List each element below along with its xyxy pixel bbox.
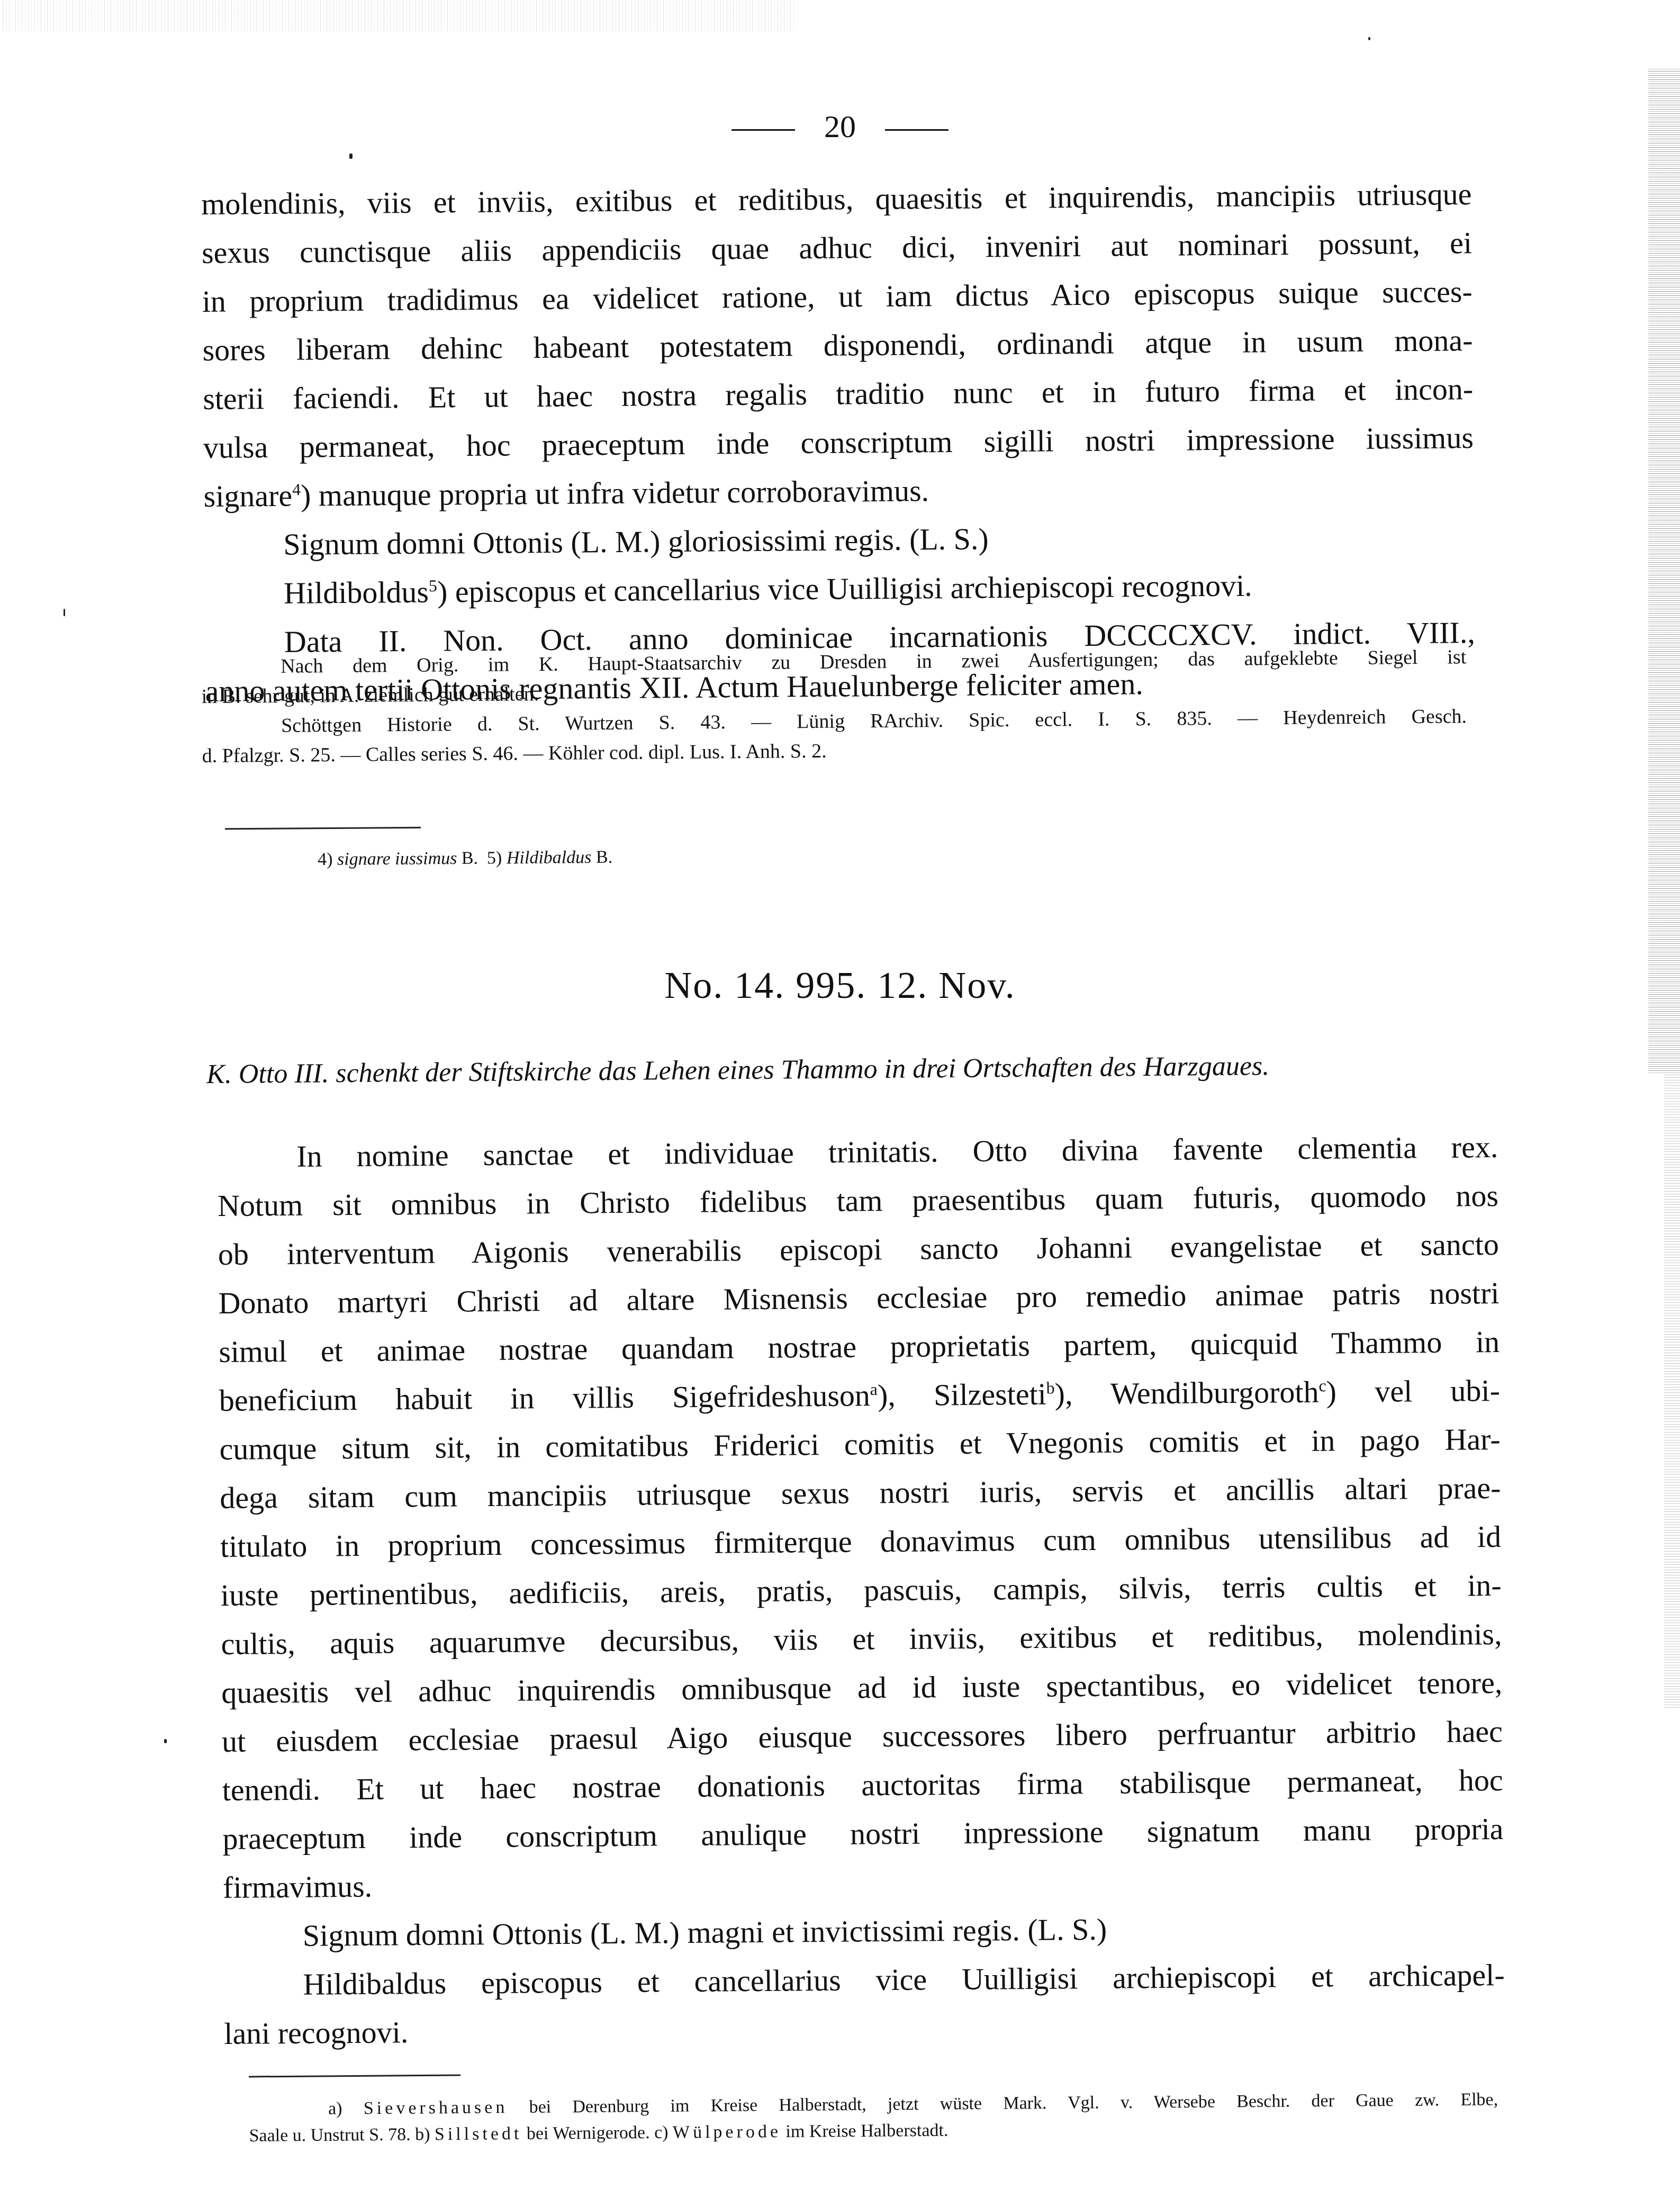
place-name: Sillstedt: [435, 2124, 522, 2144]
text-span: ) manuque propria ut infra videtur corro…: [301, 473, 929, 512]
footnote-separator: [225, 827, 421, 830]
footnote-ref: a: [870, 1380, 878, 1399]
footnote-suffix: B.: [596, 848, 612, 867]
scan-speck: [64, 609, 65, 616]
recognition-line: lani recognovi.: [224, 1999, 1505, 2058]
footnote-mark: 4): [318, 850, 333, 869]
page-number-dash-right: [885, 129, 949, 131]
scan-noise-right-edge-lower: [1664, 1075, 1680, 1710]
scan-speck: [349, 154, 353, 159]
recognition-line: Hildibaldus episcopus et cancellarius vi…: [223, 1951, 1505, 2010]
charter-body: In nomine sanctae et individuae trinitat…: [217, 1123, 1505, 2058]
page-number-dash-left: [731, 129, 795, 131]
scan-speck: [164, 1739, 167, 1743]
footnote-mark: 5): [487, 848, 502, 868]
footnote-suffix: B.: [462, 849, 478, 868]
text-span: signare: [203, 479, 292, 514]
footnote-text: Saale u. Unstrut S. 78. b): [249, 2124, 435, 2146]
scan-noise-right-edge: [1648, 69, 1680, 1075]
place-name: Sievershausen: [364, 2097, 508, 2118]
footnote-separator: [249, 2075, 460, 2078]
charter-heading: No. 14. 995. 12. Nov.: [0, 963, 1680, 1007]
text-line: praeceptum inde conscriptum anulique nos…: [222, 1805, 1504, 1863]
footnote-text: im Kreise Halberstadt.: [781, 2121, 949, 2141]
text-span: Hildiboldus: [284, 575, 429, 610]
text-span: ) vel ubi-: [1326, 1373, 1500, 1409]
footnote-ref: 5: [429, 576, 437, 595]
place-name: Wülperode: [673, 2122, 781, 2142]
scan-speck: [1368, 37, 1370, 40]
scan-noise-top: [0, 0, 794, 32]
text-span: ) episcopus et cancellarius vice Uuillig…: [437, 568, 1252, 609]
text-line: vulsa permaneat, hoc praeceptum inde con…: [203, 413, 1474, 472]
footnote-mark: a): [328, 2099, 342, 2119]
footnote-text: bei Derenburg im Kreise Halberstadt, jet…: [508, 2089, 1498, 2117]
footnote-ref: 4: [292, 480, 301, 499]
charter-summary: K. Otto III. schenkt der Stiftskirche da…: [206, 1049, 1487, 1090]
source-notes: Nach dem Orig. im K. Haupt-Staatsarchiv …: [201, 642, 1467, 771]
footnotes-prev: 4) signare iussimus B. 5) Hildibaldus B.: [318, 848, 612, 870]
footnote-ref: c: [1318, 1376, 1326, 1395]
page-number: 20: [0, 109, 1680, 145]
footnote-ref: b: [1046, 1379, 1055, 1397]
prev-charter-body: molendinis, viis et inviis, exitibus et …: [201, 170, 1476, 716]
text-span: beneficium habuit in villis Sigefrideshu…: [219, 1378, 870, 1418]
footnote-text: Hildibaldus: [507, 848, 592, 868]
text-span: ), Wendilburgoroth: [1054, 1375, 1318, 1411]
footnote-text: bei Wernigerode. c): [522, 2123, 673, 2143]
text-span: ), Silzesteti: [878, 1377, 1046, 1413]
footnote-text: signare iussimus: [337, 849, 457, 869]
page-number-text: 20: [824, 109, 856, 144]
charter-footnotes: a) Sievershausen bei Derenburg im Kreise…: [249, 2086, 1498, 2149]
